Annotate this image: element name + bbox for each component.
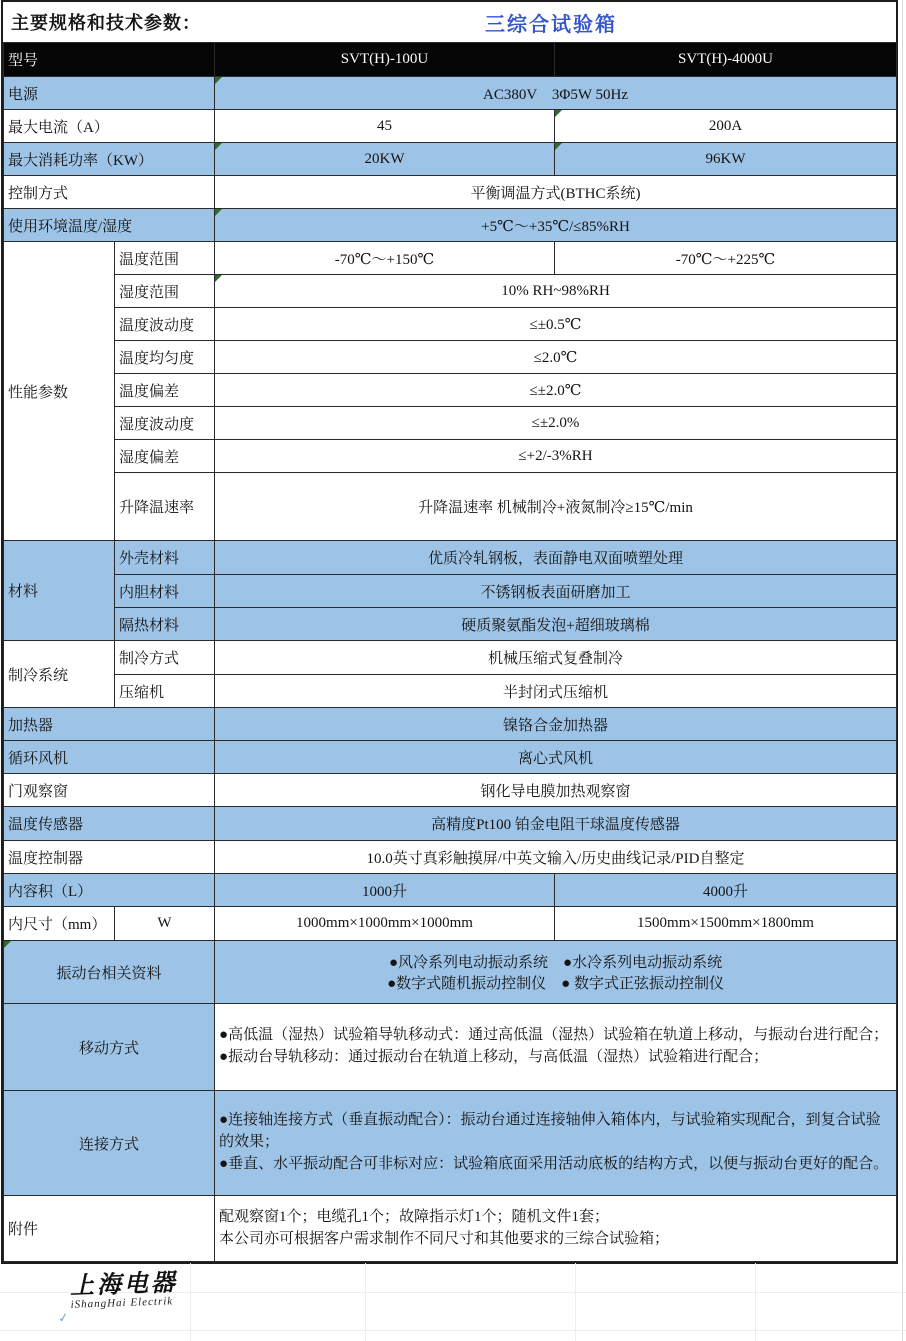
company-logo-subtext: iShangHai Electrik <box>70 1295 178 1311</box>
humidity-deviation-label: 湿度偏差 <box>115 440 215 473</box>
humidity-deviation-value: ≤+2/-3%RH <box>215 440 897 473</box>
vibration-line-1: ●风冷系列电动振动系统 ●水冷系列电动振动系统 <box>219 951 892 972</box>
sensor-value: 高精度Pt100 铂金电阻干球温度传感器 <box>215 807 897 841</box>
footer-gridline-v1 <box>190 1263 191 1341</box>
temp-fluctuation-value: ≤±0.5℃ <box>215 308 897 341</box>
refrigeration-method-value: 机械压缩式复叠制冷 <box>215 641 897 675</box>
volume-label: 内容积（L） <box>4 874 215 907</box>
table-row-volume: 内容积（L） 1000升 4000升 <box>4 874 897 907</box>
spec-sheet-page: 主要规格和技术参数： 三综合试验箱 型号 SVT(H)-100U SVT(H)-… <box>0 0 906 1341</box>
company-logo: 上海电器 iShangHai Electrik <box>69 1262 179 1311</box>
window-label: 门观察窗 <box>4 774 215 807</box>
max-current-value-1: 45 <box>215 110 555 143</box>
model-label: 型号 <box>4 43 215 77</box>
logo-tick-mark-icon: ✓ <box>57 1309 70 1326</box>
heater-label: 加热器 <box>4 708 215 741</box>
movement-line-1: ●高低温（湿热）试验箱导轨移动式：通过高低温（湿热）试验箱在轨道上移动，与振动台… <box>219 1025 892 1047</box>
vibration-line-2: ●数字式随机振动控制仪 ● 数字式正弦振动控制仪 <box>219 972 892 993</box>
sheet-right-gridline <box>902 0 903 1341</box>
controller-value: 10.0英寸真彩触摸屏/中英文输入/历史曲线记录/PID自整定 <box>215 841 897 874</box>
temp-uniformity-value: ≤2.0℃ <box>215 341 897 374</box>
temp-uniformity-label: 温度均匀度 <box>115 341 215 374</box>
control-value: 平衡调温方式(BTHC系统) <box>215 176 897 209</box>
table-row-temp-fluctuation: 温度波动度 ≤±0.5℃ <box>4 308 897 341</box>
table-row-temp-uniformity: 温度均匀度 ≤2.0℃ <box>4 341 897 374</box>
table-row-fan: 循环风机 离心式风机 <box>4 741 897 774</box>
movement-value: ●高低温（湿热）试验箱导轨移动式：通过高低温（湿热）试验箱在轨道上移动，与振动台… <box>215 1004 897 1091</box>
table-row-refrigeration-method: 制冷系统 制冷方式 机械压缩式复叠制冷 <box>4 641 897 675</box>
footer-gridline-v3 <box>575 1263 576 1341</box>
refrigeration-method-label: 制冷方式 <box>115 641 215 675</box>
max-wattage-label: 最大消耗功率（KW） <box>4 143 215 176</box>
inner-size-value-2: 1500mm×1500mm×1800mm <box>555 907 897 941</box>
model-value-2: SVT(H)-4000U <box>555 43 897 77</box>
refrigeration-group-label: 制冷系统 <box>4 641 115 708</box>
insulation-material-label: 隔热材料 <box>115 608 215 641</box>
volume-value-1: 1000升 <box>215 874 555 907</box>
performance-group-label: 性能参数 <box>4 242 115 541</box>
table-row-compressor: 压缩机 半封闭式压缩机 <box>4 675 897 708</box>
fan-label: 循环风机 <box>4 741 215 774</box>
compressor-value: 半封闭式压缩机 <box>215 675 897 708</box>
temp-range-label: 温度范围 <box>115 242 215 275</box>
controller-label: 温度控制器 <box>4 841 215 874</box>
title-bar: 主要规格和技术参数： 三综合试验箱 <box>3 2 896 42</box>
compressor-label: 压缩机 <box>115 675 215 708</box>
inner-size-value-1: 1000mm×1000mm×1000mm <box>215 907 555 941</box>
heater-value: 镍铬合金加热器 <box>215 708 897 741</box>
table-row-shell-material: 材料 外壳材料 优质冷轧钢板，表面静电双面喷塑处理 <box>4 541 897 575</box>
table-row-humidity-range: 湿度范围 10% RH~98%RH <box>4 275 897 308</box>
table-row-temp-deviation: 温度偏差 ≤±2.0℃ <box>4 374 897 407</box>
table-row-control: 控制方式 平衡调温方式(BTHC系统) <box>4 176 897 209</box>
table-row-power: 电源 AC380V 3Φ5W 50Hz <box>4 77 897 110</box>
model-value-1: SVT(H)-100U <box>215 43 555 77</box>
movement-label: 移动方式 <box>4 1004 215 1091</box>
volume-value-2: 4000升 <box>555 874 897 907</box>
ramp-rate-value: 升降温速率 机械制冷+液氮制冷≥15℃/min <box>215 473 897 541</box>
liner-material-value: 不锈钢板表面研磨加工 <box>215 575 897 608</box>
control-label: 控制方式 <box>4 176 215 209</box>
table-row-accessories: 附件 配观察窗1个；电缆孔1个；故障指示灯1个；随机文件1套； 本公司亦可根据客… <box>4 1196 897 1262</box>
spec-table: 型号 SVT(H)-100U SVT(H)-4000U 电源 AC380V 3Φ… <box>3 42 897 1262</box>
table-row-ramp-rate: 升降温速率 升降温速率 机械制冷+液氮制冷≥15℃/min <box>4 473 897 541</box>
product-name-title: 三综合试验箱 <box>485 8 617 37</box>
table-row-vibration-info: 振动台相关资料 ●风冷系列电动振动系统 ●水冷系列电动振动系统 ●数字式随机振动… <box>4 941 897 1004</box>
temp-range-value-2: -70℃～+225℃ <box>555 242 897 275</box>
max-wattage-value-1: 20KW <box>215 143 555 176</box>
table-row-movement: 移动方式 ●高低温（湿热）试验箱导轨移动式：通过高低温（湿热）试验箱在轨道上移动… <box>4 1004 897 1091</box>
humidity-range-value: 10% RH~98%RH <box>215 275 897 308</box>
fan-value: 离心式风机 <box>215 741 897 774</box>
table-row-liner-material: 内胆材料 不锈钢板表面研磨加工 <box>4 575 897 608</box>
accessories-value: 配观察窗1个；电缆孔1个；故障指示灯1个；随机文件1套； 本公司亦可根据客户需求… <box>215 1196 897 1262</box>
temp-deviation-value: ≤±2.0℃ <box>215 374 897 407</box>
table-row-model: 型号 SVT(H)-100U SVT(H)-4000U <box>4 43 897 77</box>
footer-gridline-v4 <box>755 1263 756 1341</box>
max-wattage-value-2: 96KW <box>555 143 897 176</box>
table-row-heater: 加热器 镍铬合金加热器 <box>4 708 897 741</box>
vibration-info-label: 振动台相关资料 <box>4 941 215 1004</box>
connection-line-1: ●连接轴连接方式（垂直振动配合）：振动台通过连接轴伸入箱体内，与试验箱实现配合，… <box>219 1110 892 1154</box>
temp-deviation-label: 温度偏差 <box>115 374 215 407</box>
temp-range-value-1: -70℃～+150℃ <box>215 242 555 275</box>
table-row-window: 门观察窗 钢化导电膜加热观察窗 <box>4 774 897 807</box>
movement-line-2: ●振动台导轨移动：通过振动台在轨道上移动，与高低温（湿热）试验箱进行配合； <box>219 1047 892 1069</box>
window-value: 钢化导电膜加热观察窗 <box>215 774 897 807</box>
ambient-value: +5℃～+35℃/≤85%RH <box>215 209 897 242</box>
inner-size-sub-label: W <box>115 907 215 941</box>
max-current-label: 最大电流（A） <box>4 110 215 143</box>
max-current-value-2: 200A <box>555 110 897 143</box>
footer-gridline-h2 <box>0 1330 906 1331</box>
table-row-max-current: 最大电流（A） 45 200A <box>4 110 897 143</box>
table-row-temp-range: 性能参数 温度范围 -70℃～+150℃ -70℃～+225℃ <box>4 242 897 275</box>
vibration-info-value: ●风冷系列电动振动系统 ●水冷系列电动振动系统 ●数字式随机振动控制仪 ● 数字… <box>215 941 897 1004</box>
table-row-max-wattage: 最大消耗功率（KW） 20KW 96KW <box>4 143 897 176</box>
humidity-fluctuation-value: ≤±2.0% <box>215 407 897 440</box>
liner-material-label: 内胆材料 <box>115 575 215 608</box>
accessories-label: 附件 <box>4 1196 215 1262</box>
insulation-material-value: 硬质聚氨酯发泡+超细玻璃棉 <box>215 608 897 641</box>
accessories-line-1: 配观察窗1个；电缆孔1个；故障指示灯1个；随机文件1套； <box>219 1207 892 1229</box>
table-row-humidity-fluctuation: 湿度波动度 ≤±2.0% <box>4 407 897 440</box>
table-row-inner-size: 内尺寸（mm） W 1000mm×1000mm×1000mm 1500mm×15… <box>4 907 897 941</box>
spec-table-sheet: 主要规格和技术参数： 三综合试验箱 型号 SVT(H)-100U SVT(H)-… <box>1 0 898 1264</box>
materials-group-label: 材料 <box>4 541 115 641</box>
ramp-rate-label: 升降温速率 <box>115 473 215 541</box>
sensor-label: 温度传感器 <box>4 807 215 841</box>
table-row-sensor: 温度传感器 高精度Pt100 铂金电阻干球温度传感器 <box>4 807 897 841</box>
table-row-connection: 连接方式 ●连接轴连接方式（垂直振动配合）：振动台通过连接轴伸入箱体内，与试验箱… <box>4 1091 897 1196</box>
power-label: 电源 <box>4 77 215 110</box>
page-title: 主要规格和技术参数： <box>3 9 201 35</box>
ambient-label: 使用环境温度/湿度 <box>4 209 215 242</box>
humidity-fluctuation-label: 湿度波动度 <box>115 407 215 440</box>
table-row-insulation-material: 隔热材料 硬质聚氨酯发泡+超细玻璃棉 <box>4 608 897 641</box>
table-row-controller: 温度控制器 10.0英寸真彩触摸屏/中英文输入/历史曲线记录/PID自整定 <box>4 841 897 874</box>
shell-material-value: 优质冷轧钢板，表面静电双面喷塑处理 <box>215 541 897 575</box>
inner-size-label: 内尺寸（mm） <box>4 907 115 941</box>
footer-gridline-v2 <box>365 1263 366 1341</box>
shell-material-label: 外壳材料 <box>115 541 215 575</box>
temp-fluctuation-label: 温度波动度 <box>115 308 215 341</box>
accessories-line-2: 本公司亦可根据客户需求制作不同尺寸和其他要求的三综合试验箱； <box>219 1229 892 1251</box>
humidity-range-label: 湿度范围 <box>115 275 215 308</box>
connection-line-2: ●垂直、水平振动配合可非标对应：试验箱底面采用活动底板的结构方式，以便与振动台更… <box>219 1154 892 1176</box>
power-value: AC380V 3Φ5W 50Hz <box>215 77 897 110</box>
table-row-ambient: 使用环境温度/湿度 +5℃～+35℃/≤85%RH <box>4 209 897 242</box>
table-row-humidity-deviation: 湿度偏差 ≤+2/-3%RH <box>4 440 897 473</box>
connection-value: ●连接轴连接方式（垂直振动配合）：振动台通过连接轴伸入箱体内，与试验箱实现配合，… <box>215 1091 897 1196</box>
connection-label: 连接方式 <box>4 1091 215 1196</box>
